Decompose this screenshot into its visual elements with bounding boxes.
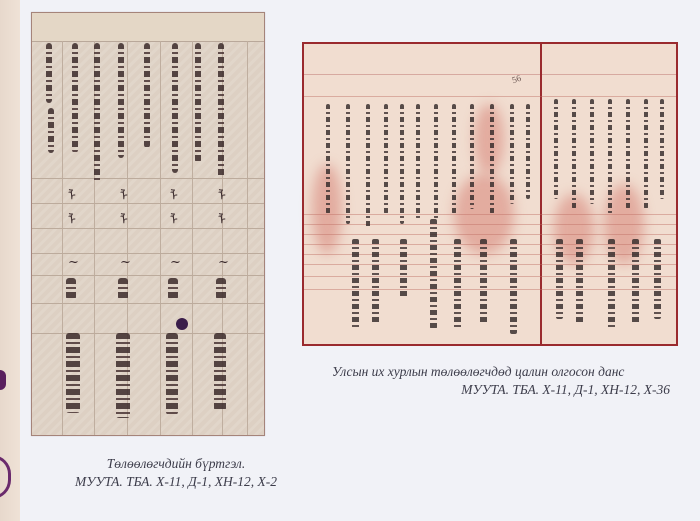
registry-caption: Төлөөлөгчдийн бүртгэл. МУУТА. ТБА. Х-11,… — [46, 455, 306, 491]
salary-ledger-document-image: 56 — [302, 42, 678, 346]
salary-ledger-caption: Улсын их хурлын төлөөлөгчдөд цалин олгос… — [332, 363, 672, 399]
script-column — [326, 104, 330, 214]
ink-blot — [176, 318, 188, 330]
salary-ledger-caption-reference: МУУТА. ТБА. Х-11, Д-1, ХН-12, Х-36 — [332, 381, 672, 399]
registry-header-band — [32, 13, 264, 42]
decorative-mark — [0, 370, 6, 390]
registry-caption-reference: МУУТА. ТБА. Х-11, Д-1, ХН-12, Х-2 — [75, 474, 277, 489]
page-gutter — [540, 44, 542, 344]
script-column — [46, 43, 52, 103]
adjacent-page-edge — [0, 0, 21, 521]
registry-document-image: ᠯ ᠯ ᠯ ᠯ ᠯ ᠯ ᠯ ᠯ ~ ~ ~ ~ — [31, 12, 265, 436]
salary-ledger-caption-title: Улсын их хурлын төлөөлөгчдөд цалин олгос… — [332, 364, 624, 379]
registry-caption-title: Төлөөлөгчдийн бүртгэл. — [107, 456, 245, 471]
decorative-ring — [0, 455, 11, 499]
